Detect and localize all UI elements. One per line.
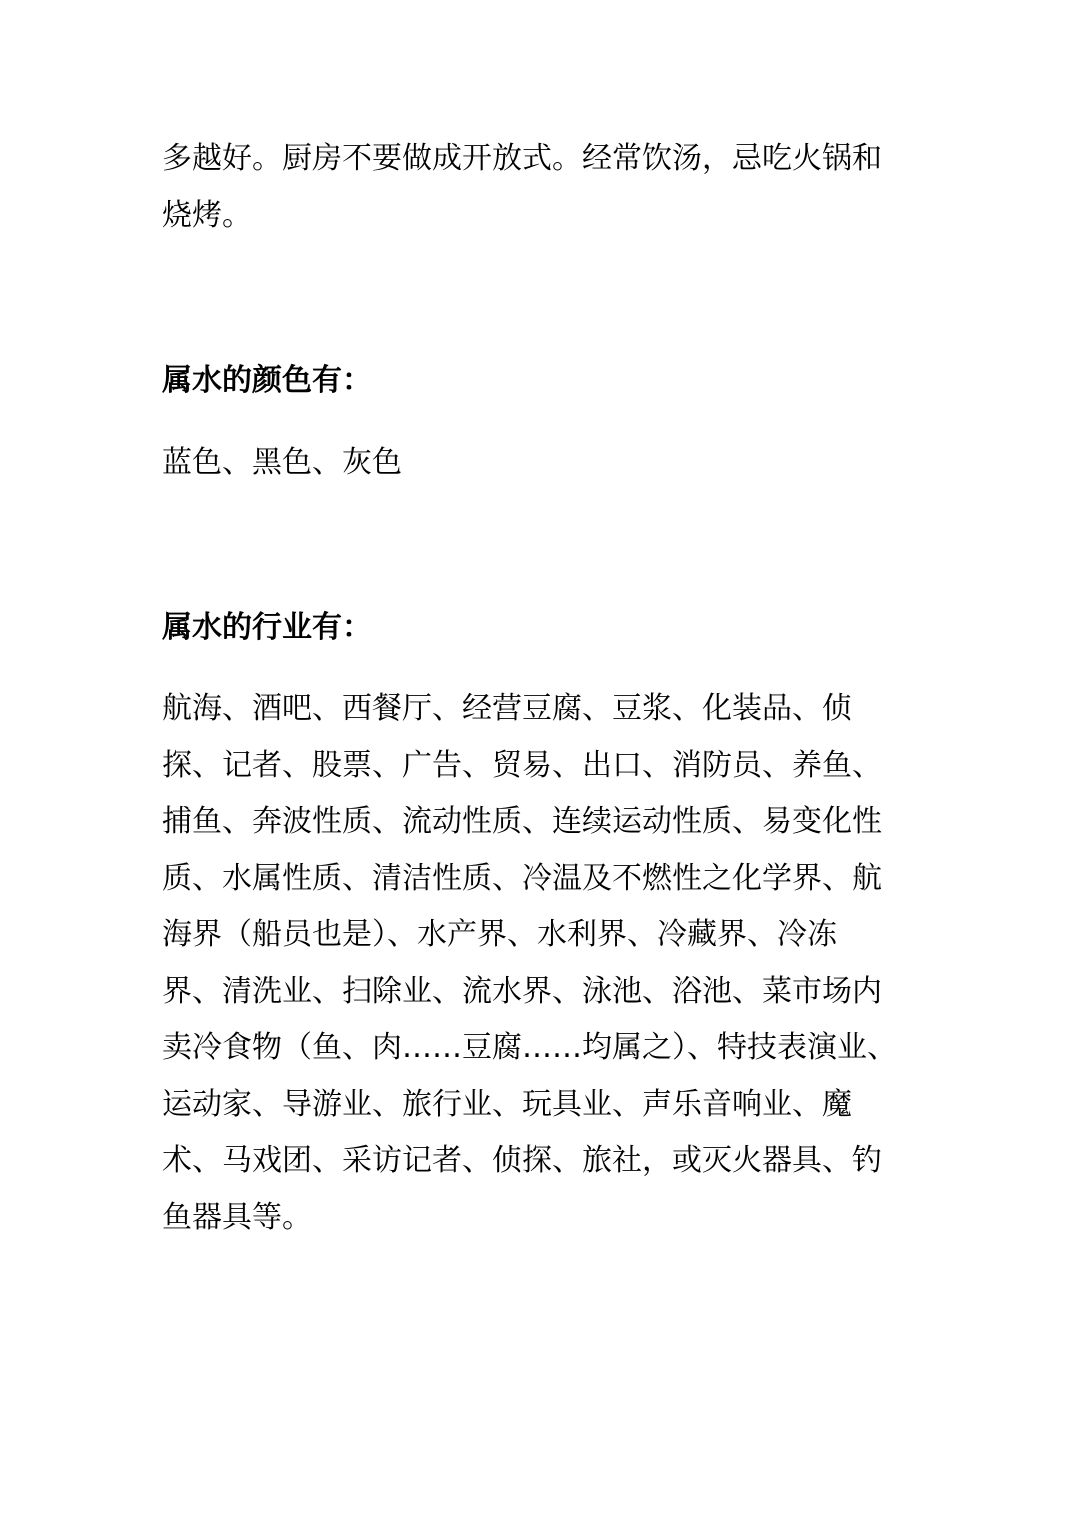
industries-section-line: 海界（船员也是）、水产界、水利界、冷藏界、冷冻 — [162, 915, 837, 955]
industries-section-line: 捕鱼、奔波性质、流动性质、连续运动性质、易变化性 — [162, 802, 882, 842]
industries-section-line: 探、记者、股票、广告、贸易、出口、消防员、养鱼、 — [162, 746, 882, 786]
industries-section-line: 质、水属性质、清洁性质、冷温及不燃性之化学界、航 — [162, 859, 882, 899]
industries-section-line: 航海、酒吧、西餐厅、经营豆腐、豆浆、化装品、侦 — [162, 689, 852, 729]
colors-section-heading: 属水的颜色有： — [162, 361, 372, 401]
industries-section-line: 界、清洗业、扫除业、流水界、泳池、浴池、菜市场内 — [162, 972, 882, 1012]
industries-section-line: 运动家、导游业、旅行业、玩具业、声乐音响业、魔 — [162, 1085, 852, 1125]
industries-section-line: 术、马戏团、采访记者、侦探、旅社，或灭火器具、钓 — [162, 1141, 882, 1181]
intro-paragraph-line: 烧烤。 — [162, 196, 252, 236]
industries-section-line: 卖冷食物（鱼、肉……豆腐……均属之）、特技表演业、 — [162, 1028, 897, 1068]
industries-section-heading: 属水的行业有： — [162, 608, 372, 648]
industries-section-line: 鱼器具等。 — [162, 1198, 312, 1238]
colors-section-line: 蓝色、黑色、灰色 — [162, 443, 402, 483]
intro-paragraph-line: 多越好。厨房不要做成开放式。经常饮汤，忌吃火锅和 — [162, 139, 882, 179]
